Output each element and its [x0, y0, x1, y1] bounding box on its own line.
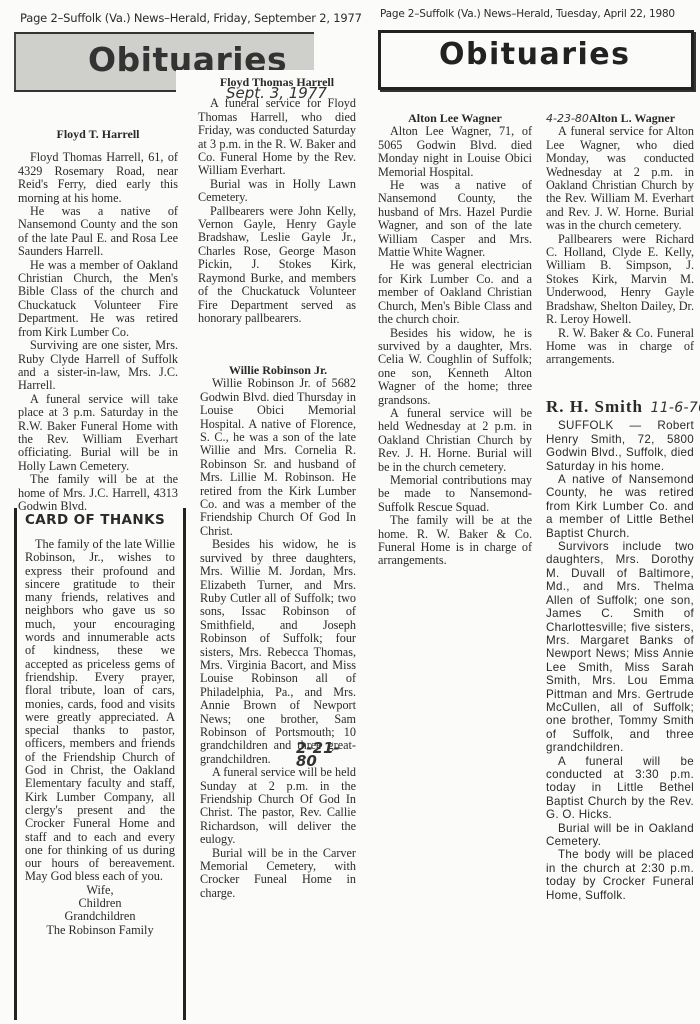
obituary-paragraph: Besides his widow, he is survived by a d…: [378, 327, 532, 407]
obituary-paragraph: Pallbearers were Richard C. Holland, Cly…: [546, 233, 694, 327]
masthead-right: Page 2–Suffolk (Va.) News–Herald, Tuesda…: [380, 8, 675, 20]
obituary-paragraph: A funeral service will take place at 3 p…: [18, 393, 178, 473]
card-of-thanks: CARD OF THANKS The family of the late Wi…: [14, 508, 186, 1020]
obituary-paragraph: He was a native of Nansemond County, the…: [378, 179, 532, 259]
obituary-paragraph: Survivors include two daughters, Mrs. Do…: [546, 540, 694, 755]
handwritten-date: 11-6-76: [651, 400, 700, 416]
obituary-heading: R. H. Smith: [546, 397, 643, 416]
handwritten-date: Sept. 3, 1977: [226, 87, 327, 100]
obituary-paragraph: R. W. Baker & Co. Funeral Home was in ch…: [546, 327, 694, 367]
obituary-willie-robinson-jr: Willie Robinson Jr. Willie Robinson Jr. …: [200, 364, 356, 900]
obituary-r-h-smith: R. H. Smith 11-6-76 SUFFOLK — Robert Hen…: [546, 400, 694, 902]
obituary-paragraph: Floyd Thomas Harrell, 61, of 4329 Rosema…: [18, 151, 178, 205]
obituary-paragraph: He was general electrician for Kirk Lumb…: [378, 259, 532, 326]
signature-line: The Robinson Family: [25, 924, 175, 937]
card-of-thanks-body: The family of the late Willie Robinson, …: [25, 538, 175, 884]
banner-title: Obituaries: [439, 37, 630, 72]
signature-line: Grandchildren: [25, 910, 175, 923]
obituary-heading: Floyd T. Harrell: [18, 128, 178, 141]
handwritten-date: 4-23-80: [546, 112, 589, 125]
obituary-paragraph: A funeral will be conducted at 3:30 p.m.…: [546, 755, 694, 822]
obituary-paragraph: Surviving are one sister, Mrs. Ruby Clyd…: [18, 339, 178, 393]
card-signature: Wife, Children Grandchildren The Robinso…: [25, 884, 175, 937]
obituary-paragraph: He was a member of Oakland Christian Chu…: [18, 259, 178, 339]
obituary-paragraph: Burial will be in Oakland Cemetery.: [546, 822, 694, 849]
obituary-paragraph: Burial was in Holly Lawn Cemetery.: [198, 178, 356, 205]
obituaries-banner-right: Obituaries: [378, 30, 694, 90]
obituary-paragraph: Burial will be in the Carver Memorial Ce…: [200, 847, 356, 901]
obituary-paragraph: Alton Lee Wagner, 71, of 5065 Godwin Blv…: [378, 125, 532, 179]
obituary-paragraph: A funeral service will be held Sunday at…: [200, 766, 356, 846]
obituary-alton-l-wagner: 4-23-80Alton L. Wagner A funeral service…: [546, 112, 694, 367]
signature-line: Children: [25, 897, 175, 910]
obituary-paragraph: A native of Nansemond County, he was ret…: [546, 473, 694, 540]
obituary-paragraph: Pallbearers were John Kelly, Vernon Gayl…: [198, 205, 356, 326]
obituary-paragraph: The family will be at the home. R. W. Ba…: [378, 514, 532, 568]
obituary-paragraph: A funeral service will be held Wednesday…: [378, 407, 532, 474]
handwritten-date: 2-21-80: [296, 742, 356, 769]
obituary-floyd-t-harrell: Floyd T. Harrell Floyd Thomas Harrell, 6…: [18, 128, 178, 513]
obituary-paragraph: The body will be placed in the church at…: [546, 848, 694, 902]
obituary-heading: Alton Lee Wagner: [378, 112, 532, 125]
obituary-heading-row: 4-23-80Alton L. Wagner: [546, 112, 694, 125]
masthead-left: Page 2–Suffolk (Va.) News–Herald, Friday…: [20, 11, 362, 25]
obituary-paragraph: A funeral service for Alton Lee Wagner, …: [546, 125, 694, 232]
obituary-floyd-thomas-harrell: Floyd Thomas Harrell Sept. 3, 1977 A fun…: [198, 76, 356, 325]
obituary-paragraph: A funeral service for Floyd Thomas Harre…: [198, 97, 356, 177]
obituary-paragraph: Besides his widow, he is survived by thr…: [200, 538, 356, 766]
obituary-alton-lee-wagner: Alton Lee Wagner Alton Lee Wagner, 71, o…: [378, 112, 532, 568]
obituary-heading: Willie Robinson Jr.: [200, 364, 356, 377]
banner-rule: [14, 90, 176, 92]
obituary-paragraph: SUFFOLK — Robert Henry Smith, 72, 5800 G…: [546, 419, 694, 473]
signature-line: Wife,: [25, 884, 175, 897]
obituary-heading: Alton L. Wagner: [589, 111, 675, 125]
card-of-thanks-title: CARD OF THANKS: [25, 512, 175, 528]
obituary-paragraph: Willie Robinson Jr. of 5682 Godwin Blvd.…: [200, 377, 356, 538]
obituary-paragraph: Memorial contributions may be made to Na…: [378, 474, 532, 514]
obituary-paragraph: He was a native of Nansemond County and …: [18, 205, 178, 259]
